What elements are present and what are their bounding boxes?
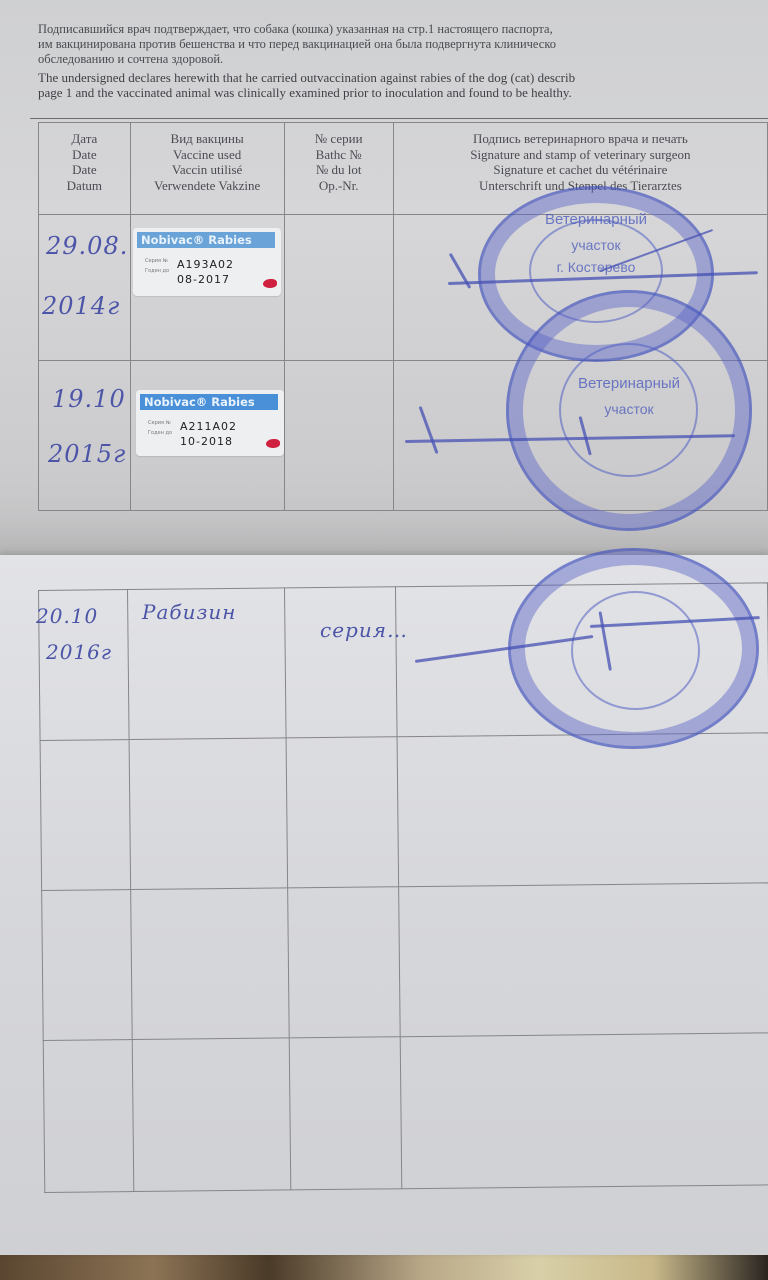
cell-vaccine bbox=[132, 1038, 291, 1192]
vet-stamp: Ветеринарный участок bbox=[506, 290, 752, 531]
vet-stamp bbox=[508, 548, 759, 749]
sticker-label-expiry: Годен до bbox=[145, 268, 169, 274]
handwritten-date: 29.08. bbox=[46, 232, 128, 260]
header-text: Date bbox=[39, 147, 130, 163]
stamp-text: Ветеринарный bbox=[509, 375, 749, 392]
sticker-brand: Nobivac® Rabies bbox=[140, 394, 278, 410]
handwritten-year: 2016г bbox=[46, 640, 112, 664]
intro-ru-line-2: им вакцинирована против бешенства и что … bbox=[38, 37, 768, 51]
sticker-batch: A211A02 bbox=[180, 420, 237, 433]
header-vaccine: Вид вакцины Vaccine used Vaccin utilisé … bbox=[130, 123, 284, 215]
handwritten-year: 2014г bbox=[42, 292, 120, 320]
stamp-inner-ring bbox=[571, 591, 700, 710]
cell-batch bbox=[284, 215, 393, 361]
declaration-text: Подписавшийся врач подтверждает, что соб… bbox=[38, 22, 768, 104]
sticker-label-expiry: Годен до bbox=[148, 430, 172, 436]
sticker-brand: Nobivac® Rabies bbox=[137, 232, 275, 248]
header-text: № серии bbox=[285, 131, 393, 147]
cell-batch bbox=[286, 737, 398, 888]
handwritten-year: 2015г bbox=[48, 440, 126, 468]
handwritten-vaccine: Рабизин bbox=[142, 600, 236, 624]
cell-batch bbox=[289, 1037, 401, 1190]
header-text: Signature et cachet du vétérinaire bbox=[394, 162, 767, 178]
cell-date bbox=[42, 890, 133, 1041]
stamp-text: г. Костерево bbox=[481, 259, 711, 275]
header-text: Дата bbox=[39, 131, 130, 147]
cell-batch bbox=[288, 887, 400, 1038]
sticker-batch: A193A02 bbox=[177, 258, 234, 271]
intro-en-line-1: The undersigned declares herewith that h… bbox=[38, 71, 768, 85]
cell-vaccine bbox=[131, 888, 290, 1040]
stamp-text: участок bbox=[481, 237, 711, 253]
header-text: Vaccin utilisé bbox=[131, 162, 284, 178]
header-text: Подпись ветеринарного врача и печать bbox=[394, 131, 767, 147]
sticker-expiry: 08-2017 bbox=[177, 273, 230, 286]
cell-signature bbox=[398, 883, 768, 1037]
header-text: № du lot bbox=[285, 162, 393, 178]
cell-date bbox=[43, 1040, 134, 1193]
cell-date bbox=[39, 361, 131, 511]
vaccine-sticker: Nobivac® Rabies Серия № Годен до A193A02… bbox=[133, 228, 281, 296]
intro-en-line-2: page 1 and the vaccinated animal was cli… bbox=[38, 86, 768, 100]
cell-signature bbox=[400, 1033, 768, 1189]
sticker-label-batch: Серия № bbox=[145, 258, 168, 264]
cell-vaccine bbox=[129, 738, 288, 890]
header-date: Дата Date Date Datum bbox=[39, 123, 131, 215]
header-text: Vaccine used bbox=[131, 147, 284, 163]
handwritten-date: 19.10 bbox=[52, 385, 126, 413]
table-row bbox=[42, 883, 768, 1041]
table-row bbox=[43, 1033, 768, 1193]
header-text: Datum bbox=[39, 178, 130, 194]
header-text: Date bbox=[39, 162, 130, 178]
vaccine-sticker: Nobivac® Rabies Серия № Годен до A211A02… bbox=[136, 390, 284, 456]
table-row bbox=[40, 733, 768, 891]
cell-batch bbox=[285, 587, 397, 738]
divider bbox=[30, 118, 768, 119]
cell-batch bbox=[284, 361, 393, 511]
intro-ru-line-3: обследованию и сочтена здоровой. bbox=[38, 52, 768, 66]
cell-signature bbox=[397, 733, 768, 887]
handwritten-batch: серия… bbox=[320, 618, 408, 642]
sticker-red-mark bbox=[263, 279, 277, 288]
stamp-text: участок bbox=[509, 401, 749, 417]
header-text: Verwendete Vakzine bbox=[131, 178, 284, 194]
stamp-text: Ветеринарный bbox=[481, 211, 711, 228]
header-text: Op.-Nr. bbox=[285, 178, 393, 194]
header-text: Вид вакцины bbox=[131, 131, 284, 147]
intro-ru-line-1: Подписавшийся врач подтверждает, что соб… bbox=[38, 22, 768, 36]
sticker-red-mark bbox=[266, 439, 280, 448]
handwritten-date: 20.10 bbox=[36, 604, 98, 628]
sticker-label-batch: Серия № bbox=[148, 420, 171, 426]
sticker-expiry: 10-2018 bbox=[180, 435, 233, 448]
cell-date bbox=[40, 740, 131, 891]
header-text: Bathc № bbox=[285, 147, 393, 163]
header-batch: № серии Bathc № № du lot Op.-Nr. bbox=[284, 123, 393, 215]
header-text: Signature and stamp of veterinary surgeo… bbox=[394, 147, 767, 163]
